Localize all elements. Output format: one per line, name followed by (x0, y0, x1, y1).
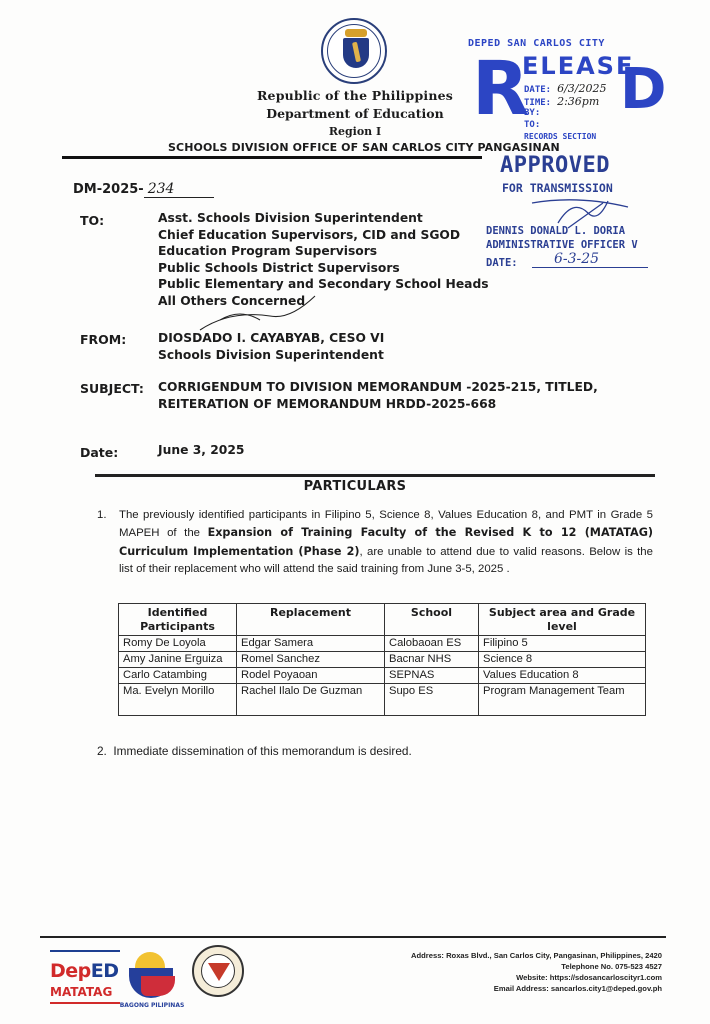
stamp-time: TIME:2:36pm (524, 95, 599, 108)
sender-name: DIOSDADO I. CAYABYAB, CESO VI (158, 330, 384, 347)
email-link[interactable]: Email Address: sancarlos.city1@deped.gov… (380, 983, 662, 994)
approver-position: ADMINISTRATIVE OFFICER V (486, 239, 638, 251)
table-cell: Romy De Loyola (119, 636, 237, 652)
table-cell: Romel Sanchez (237, 652, 385, 668)
address: Address: Roxas Blvd., San Carlos City, P… (380, 950, 662, 961)
from-label: FROM: (80, 332, 126, 347)
item-number: 1. (97, 507, 107, 524)
table-row: Carlo Catambing Rodel Poyaoan SEPNAS Val… (119, 668, 646, 684)
approver-name: DENNIS DONALD L. DORIA (486, 225, 625, 237)
table-cell: Values Education 8 (479, 668, 646, 684)
sender-title: Schools Division Superintendent (158, 347, 384, 364)
replacement-table: Identified Participants Replacement Scho… (118, 603, 646, 716)
table-cell: Supo ES (385, 684, 479, 716)
column-header: School (385, 604, 479, 636)
table-header-row: Identified Participants Replacement Scho… (119, 604, 646, 636)
table-cell: Rodel Poyaoan (237, 668, 385, 684)
table-cell: Carlo Catambing (119, 668, 237, 684)
particulars-heading: PARTICULARS (0, 479, 710, 494)
table-cell: SEPNAS (385, 668, 479, 684)
table-row: Ma. Evelyn Morillo Rachel Ilalo De Guzma… (119, 684, 646, 716)
date-label: Date: (80, 445, 118, 460)
released-stamp: DEPED SAN CARLOS CITY R ELEASE D DATE:6/… (462, 38, 658, 140)
stamp-by: BY: (524, 108, 540, 118)
column-header: Replacement (237, 604, 385, 636)
stamp-word: ELEASE (522, 52, 634, 80)
column-header: Subject area and Grade level (479, 604, 646, 636)
subject-label: SUBJECT: (80, 381, 144, 396)
memo-number-value: 234 (144, 181, 214, 198)
deped-seal-icon (321, 18, 387, 84)
item-number: 2. (97, 744, 107, 758)
stamp-to: TO: (524, 120, 540, 130)
stamp-letter-r: R (472, 52, 529, 126)
header-divider (62, 156, 482, 159)
stamp-date: DATE:6/3/2025 (524, 82, 607, 95)
table-cell: Filipino 5 (479, 636, 646, 652)
to-label: TO: (80, 213, 104, 228)
telephone: Telephone No. 075-523 4527 (380, 961, 662, 972)
table-row: Romy De Loyola Edgar Samera Calobaoan ES… (119, 636, 646, 652)
memo-date: June 3, 2025 (158, 443, 244, 457)
subject-line: REITERATION OF MEMORANDUM HRDD-2025-668 (158, 396, 598, 413)
footer-divider (40, 936, 666, 938)
approved-title: APPROVED (500, 153, 610, 178)
stamp-letter-d: D (620, 62, 666, 118)
approved-stamp: APPROVED FOR TRANSMISSION DENNIS DONALD … (478, 153, 668, 273)
subject-line: CORRIGENDUM TO DIVISION MEMORANDUM -2025… (158, 379, 598, 396)
subject: CORRIGENDUM TO DIVISION MEMORANDUM -2025… (158, 379, 598, 413)
table-cell: Rachel Ilalo De Guzman (237, 684, 385, 716)
item-text: Immediate dissemination of this memorand… (113, 744, 411, 758)
table-cell: Calobaoan ES (385, 636, 479, 652)
bagong-pilipinas-logo-icon: BAGONG PILIPINAS (117, 946, 187, 1014)
column-header: Identified Participants (119, 604, 237, 636)
table-cell: Bacnar NHS (385, 652, 479, 668)
division-seal-icon (192, 945, 244, 997)
recipient: Public Schools District Supervisors (158, 260, 489, 277)
section-divider (95, 474, 655, 477)
particulars-item-1: 1. The previously identified participant… (97, 507, 653, 578)
table-row: Amy Janine Erguiza Romel Sanchez Bacnar … (119, 652, 646, 668)
table-cell: Amy Janine Erguiza (119, 652, 237, 668)
table-cell: Edgar Samera (237, 636, 385, 652)
approved-date-value: 6-3-25 (532, 251, 648, 268)
website-link[interactable]: Website: https://sdosancarloscityr1.com (380, 972, 662, 983)
particulars-item-2: 2. Immediate dissemination of this memor… (97, 744, 412, 758)
approved-date-label: DATE: (486, 257, 518, 269)
contact-info: Address: Roxas Blvd., San Carlos City, P… (380, 950, 662, 994)
recipient: Education Program Supervisors (158, 243, 489, 260)
memo-number: DM-2025-234 (73, 181, 214, 198)
table-cell: Ma. Evelyn Morillo (119, 684, 237, 716)
stamp-section: RECORDS SECTION (524, 132, 596, 141)
recipient: Chief Education Supervisors, CID and SGO… (158, 227, 489, 244)
table-cell: Program Management Team (479, 684, 646, 716)
sender: DIOSDADO I. CAYABYAB, CESO VI Schools Di… (158, 330, 384, 363)
recipient: Asst. Schools Division Superintendent (158, 210, 489, 227)
table-cell: Science 8 (479, 652, 646, 668)
